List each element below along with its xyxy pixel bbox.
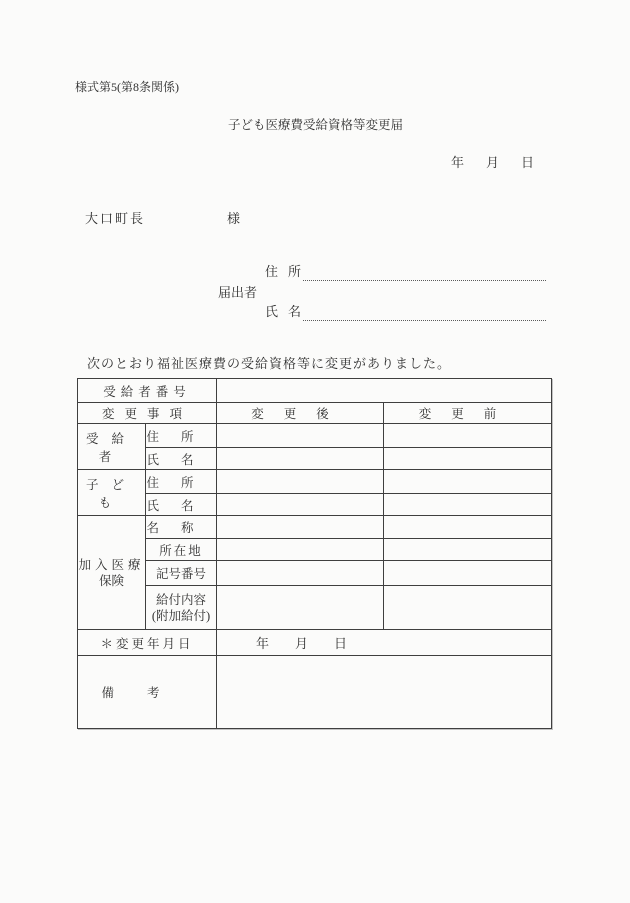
remarks-field[interactable] bbox=[217, 656, 552, 729]
change-date-label: ＊変更年月日 bbox=[78, 630, 217, 656]
recipient-address-after-field[interactable] bbox=[217, 424, 384, 448]
insurance-location-after-field[interactable] bbox=[217, 539, 384, 561]
insurance-benefit-label: 給付内容 (附加給付) bbox=[146, 586, 217, 630]
recipient-name-label: 氏名 bbox=[146, 448, 217, 470]
recipient-name-after-field[interactable] bbox=[217, 448, 384, 470]
child-address-before-field[interactable] bbox=[384, 470, 552, 494]
date-day-label: 日 bbox=[521, 156, 534, 171]
date-year-label: 年 bbox=[451, 156, 464, 171]
remarks-label: 備考 bbox=[78, 656, 217, 729]
child-name-after-field[interactable] bbox=[217, 494, 384, 516]
after-change-header: 変更後 bbox=[217, 403, 384, 424]
document-page: 様式第5(第8条関係) 子ども医療費受給資格等変更届 年 月 日 大口町長 様 … bbox=[0, 0, 630, 903]
child-name-before-field[interactable] bbox=[384, 494, 552, 516]
insurance-group-label-line1: 加入医療 bbox=[78, 557, 145, 573]
declarant-name-field[interactable] bbox=[303, 306, 546, 321]
child-address-after-field[interactable] bbox=[217, 470, 384, 494]
insurance-benefit-label-line2: (附加給付) bbox=[146, 608, 216, 624]
addressee-name: 大口町長 bbox=[85, 212, 145, 227]
date-month-label: 月 bbox=[486, 156, 499, 171]
child-address-label: 住所 bbox=[146, 470, 217, 494]
insurance-location-label: 所在地 bbox=[146, 539, 217, 561]
change-date-day-label: 日 bbox=[334, 633, 347, 652]
insurance-benefit-after-field[interactable] bbox=[217, 586, 384, 630]
change-item-header: 変更事項 bbox=[78, 403, 217, 424]
recipient-number-label: 受給者番号 bbox=[78, 379, 217, 403]
recipient-name-before-field[interactable] bbox=[384, 448, 552, 470]
insurance-benefit-before-field[interactable] bbox=[384, 586, 552, 630]
page-title: 子ども医療費受給資格等変更届 bbox=[228, 118, 403, 132]
insurance-name-label: 名称 bbox=[146, 516, 217, 539]
declarant-address-field[interactable] bbox=[303, 266, 546, 281]
insurance-name-before-field[interactable] bbox=[384, 516, 552, 539]
change-date-field[interactable]: 年 月 日 bbox=[217, 630, 552, 656]
before-change-header: 変更前 bbox=[384, 403, 552, 424]
change-date-line: 年 月 日 bbox=[217, 633, 551, 652]
insurance-group-label-line2: 保険 bbox=[78, 573, 145, 589]
recipient-number-field[interactable] bbox=[217, 379, 552, 403]
recipient-address-label: 住所 bbox=[146, 424, 217, 448]
insurance-symbol-number-label: 記号番号 bbox=[146, 561, 217, 586]
change-date-month-label: 月 bbox=[295, 633, 308, 652]
insurance-symbol-number-after-field[interactable] bbox=[217, 561, 384, 586]
insurance-benefit-label-line1: 給付内容 bbox=[146, 592, 216, 608]
insurance-location-before-field[interactable] bbox=[384, 539, 552, 561]
form-number: 様式第5(第8条関係) bbox=[75, 81, 179, 95]
change-form-table: 受給者番号 変更事項 変更後 変更前 受給者 住所 氏名 子ども bbox=[77, 378, 552, 729]
child-name-label: 氏名 bbox=[146, 494, 217, 516]
date-line: 年 月 日 bbox=[451, 156, 534, 171]
insurance-name-after-field[interactable] bbox=[217, 516, 384, 539]
child-group-label: 子ども bbox=[78, 470, 146, 516]
insurance-symbol-number-before-field[interactable] bbox=[384, 561, 552, 586]
recipient-group-label: 受給者 bbox=[78, 424, 146, 470]
insurance-group-label: 加入医療 保険 bbox=[78, 516, 146, 630]
declarant-label: 届出者 bbox=[218, 286, 257, 301]
recipient-address-before-field[interactable] bbox=[384, 424, 552, 448]
intro-text: 次のとおり福祉医療費の受給資格等に変更がありました。 bbox=[87, 357, 451, 372]
addressee-honorific: 様 bbox=[227, 212, 240, 227]
change-date-year-label: 年 bbox=[256, 633, 269, 652]
